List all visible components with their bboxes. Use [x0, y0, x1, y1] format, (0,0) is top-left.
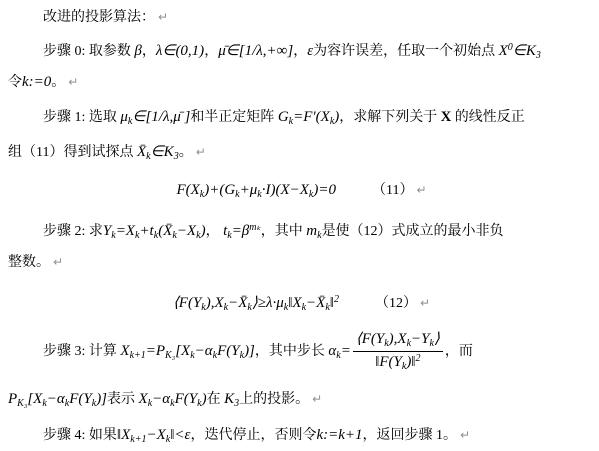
math-bold-run: X	[441, 109, 451, 125]
paragraph-return-mark-icon: ↵	[417, 296, 430, 310]
math-run: X	[120, 343, 129, 359]
math-run: ∈K	[513, 43, 536, 59]
step1-line2: 组（11）得到试探点 X̄k∈K3。↵	[8, 135, 595, 170]
text-run: 改进的投影算法：	[43, 10, 155, 25]
paragraph-return-mark-icon: ↵	[309, 392, 322, 406]
math-run: ⟨F(Y	[356, 331, 384, 347]
math-superscript: mₖ	[249, 222, 260, 233]
math-run: ‖F(Y	[375, 354, 402, 370]
math-run: μ	[120, 109, 128, 125]
math-run: )+(G	[204, 182, 235, 198]
math-subscript: K₃	[17, 398, 27, 409]
text-run: ，返回步骤 1。	[363, 428, 458, 443]
math-run: −X̄	[306, 295, 325, 311]
math-run: =X	[116, 223, 135, 239]
math-run: ⟩≥λ·μ	[252, 295, 284, 311]
text-run: 步骤 4: 如果	[43, 428, 117, 443]
math-run: λ∈(0,1)	[156, 43, 204, 59]
text-run: 组（11）得到试探点	[8, 145, 137, 160]
math-run: [X	[27, 391, 42, 407]
text-run: （11）	[372, 183, 413, 198]
math-superscript: 2	[334, 294, 339, 305]
math-run: F(Y	[175, 391, 198, 407]
math-run: −X	[177, 223, 196, 239]
paragraph-return-mark-icon: ↵	[65, 75, 78, 89]
math-run: −α	[195, 343, 213, 359]
text-run: 为容许误差，任取一个初始点	[313, 44, 499, 59]
math-run: k:=0	[22, 74, 51, 90]
document-page: 改进的投影算法：↵步骤 0: 取参数 β，λ∈(0,1)，μ̄∈[1/λ,+∞]…	[0, 0, 599, 451]
paragraph-return-mark-icon: ↵	[193, 145, 206, 159]
math-run: ⟨F(Y	[173, 295, 201, 311]
math-run: =P	[146, 343, 165, 359]
math-run: ),X	[206, 295, 224, 311]
text-run: 和半正定矩阵	[190, 110, 278, 125]
math-run: )]	[96, 391, 107, 407]
document-body: 改进的投影算法：↵步骤 0: 取参数 β，λ∈(0,1)，μ̄∈[1/λ,+∞]…	[8, 4, 595, 451]
math-run: −X̄	[228, 295, 247, 311]
math-run: X	[499, 43, 508, 59]
text-run: 。	[51, 75, 65, 90]
text-run: ，迭代停止，否则令	[190, 428, 316, 443]
text-run: ，其中	[261, 224, 307, 239]
text-run: （12）	[375, 296, 417, 311]
text-run: 在	[207, 392, 225, 407]
step0-line2: 令k:=0。↵	[8, 65, 595, 100]
text-run: 表示	[107, 392, 139, 407]
text-run: ，其中步长	[255, 344, 329, 359]
math-run: ‖X	[288, 295, 301, 311]
math-run: ⟩	[434, 331, 440, 347]
math-run: [X	[175, 343, 190, 359]
paragraph-return-mark-icon: ↵	[155, 10, 168, 24]
math-run: −α	[152, 391, 170, 407]
math-run: )‖	[406, 354, 415, 370]
text-run: ，	[204, 44, 218, 59]
step4-line1: 步骤 4: 如果‖Xk+1−Xk‖<ε，迭代停止，否则令k:=k+1，返回步骤 …	[8, 417, 595, 451]
math-run: μ̄∈[1/λ,+∞]	[218, 43, 293, 59]
step2-line1: 步骤 2: 求Yk=Xk+tk(X̄k−Xk)， tk=βmₖ，其中 mk是使（…	[8, 210, 595, 245]
step0-line1: 步骤 0: 取参数 β，λ∈(0,1)，μ̄∈[1/λ,+∞]，ε为容许误差，任…	[8, 30, 595, 65]
math-run: =	[341, 343, 351, 359]
math-run: ‖<ε	[170, 427, 190, 443]
math-run: ∈K	[151, 144, 174, 160]
math-run: G	[278, 109, 289, 125]
step1-line1: 步骤 1: 选取 μk∈[1/λ,μ̄ ]和半正定矩阵 Gk=F′(Xk)，求解…	[8, 100, 595, 135]
fraction-denominator: ‖F(Yk)‖2	[353, 352, 443, 374]
math-run: β	[134, 43, 141, 59]
math-subscript: K₃	[165, 350, 175, 361]
text-run: 步骤 0: 取参数	[43, 44, 134, 59]
math-run: Y	[103, 223, 111, 239]
text-run: 的线性反正	[451, 110, 525, 125]
math-run: m	[306, 223, 317, 239]
formula-12-line: ⟨F(Yk),Xk−X̄k⟩≥λ·μk‖Xk−X̄k‖2（12）↵	[8, 280, 595, 320]
math-run: ∈[1/λ,μ̄ ]	[132, 109, 190, 125]
math-run: ‖X	[117, 427, 130, 443]
math-run: +μ	[240, 182, 258, 198]
text-run: 步骤 1: 选取	[43, 110, 120, 125]
math-run: −X	[146, 427, 165, 443]
math-run: k:=k+1	[316, 427, 362, 443]
text-run: 。	[179, 145, 193, 160]
text-run: ，	[206, 224, 224, 239]
math-superscript: 2	[416, 353, 421, 364]
fraction-numerator: ⟨F(Yk),Xk−Yk⟩	[353, 330, 443, 353]
math-subscript: k+1	[130, 350, 146, 361]
math-subscript: k+1	[130, 434, 146, 445]
text-run: 是使（12）式成立的最小非负	[322, 224, 504, 239]
math-run: F(X	[176, 182, 199, 198]
math-run: F(Y	[217, 343, 240, 359]
text-run: 步骤 2: 求	[43, 224, 103, 239]
math-run: ·I)(X−X	[262, 182, 309, 198]
step3-line2: PK₃[Xk−αkF(Yk)]表示 Xk−αkF(Yk)在 K3上的投影。↵	[8, 382, 595, 417]
text-run: ，而	[445, 344, 473, 359]
math-run: X̄	[137, 144, 146, 160]
text-run: ，	[142, 44, 156, 59]
paragraph-return-mark-icon: ↵	[457, 428, 470, 442]
math-run: −Y	[411, 331, 429, 347]
math-run: )]	[244, 343, 255, 359]
math-run: X	[139, 391, 148, 407]
math-run: ),X	[389, 331, 407, 347]
math-run: =β	[232, 223, 250, 239]
step2-line2: 整数。↵	[8, 245, 595, 280]
text-run: 令	[8, 75, 22, 90]
math-run: −α	[47, 391, 65, 407]
paragraph-return-mark-icon: ↵	[50, 255, 63, 269]
text-run: ，求解下列关于	[339, 110, 441, 125]
text-run: 步骤 3: 计算	[43, 344, 120, 359]
math-run: +t	[139, 223, 153, 239]
text-run: 上的投影。	[239, 392, 309, 407]
title-line: 改进的投影算法：↵	[8, 4, 595, 30]
math-run: F(Y	[69, 391, 92, 407]
paragraph-return-mark-icon: ↵	[413, 183, 426, 197]
math-run: K	[224, 391, 234, 407]
math-run: )=0	[313, 182, 336, 198]
fraction: ⟨F(Yk),Xk−Yk⟩‖F(Yk)‖2	[353, 330, 443, 374]
formula-11-line: F(Xk)+(Gk+μk·I)(X−Xk)=0（11）↵	[8, 170, 595, 210]
text-run: 整数。	[8, 255, 50, 270]
math-run: (X̄	[158, 223, 172, 239]
math-run: P	[8, 391, 17, 407]
step3-line1: 步骤 3: 计算 Xk+1=PK₃[Xk−αkF(Yk)]，其中步长 αk=⟨F…	[8, 320, 595, 382]
math-subscript: 3	[536, 50, 541, 61]
math-run: =F′(X	[293, 109, 330, 125]
text-run: ，	[293, 44, 307, 59]
